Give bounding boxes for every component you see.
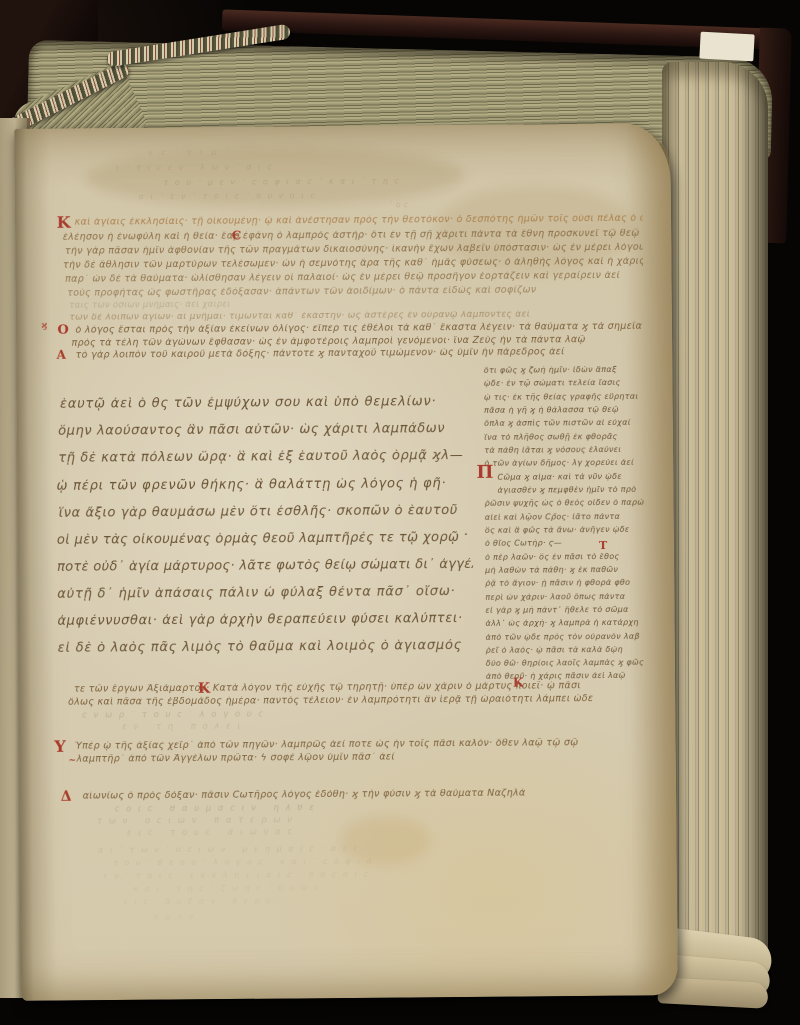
- manuscript-text-line: ε ν ᾽ τ α ι ϲ ᾽ ε κ κ λ η ϲ ι α ι ϲ ᾽ π …: [103, 869, 583, 880]
- manuscript-text-line: τὰ πάθη ἰᾶται ϗ νόσους ἐλαύνει: [484, 446, 644, 455]
- bleed-through-text-bottom: α ι ᾽ τ ω ν ᾽ ο ϲ ι ω ν ᾽ μ ν η μ α ι ϲ …: [0, 0, 797, 2]
- manuscript-text-line: τὴν γὰρ πᾶσαν ἡμῖν ἀφθονίαν τῆς τῶν πραγ…: [65, 243, 643, 257]
- manuscript-text-line: δύο θῶ· θηρίοις λαοῖς λαμπὰς ϗ φῶς: [486, 659, 646, 668]
- manuscript-text-line: καὶ ἁγίαις ἐκκλησίαις· τῇ οἰκουμένῃ· ᾧ κ…: [75, 214, 643, 227]
- rubric-initial-letter: ~: [68, 757, 76, 766]
- rubric-initial-letter: Κ: [513, 677, 524, 689]
- manuscript-text-line: ὁ λόγος ἔσται πρὸς τὴν ἀξίαν ἐκείνων ὀλί…: [75, 322, 641, 335]
- bleed-through-text-top: ν ϲ ᾽ τ ι μ ᾽ι ᾽ τ ι ϲ ε ν ᾽ λ ω ν ᾽ α ι…: [0, 0, 797, 2]
- manuscript-text-line: τ ο υ ᾽ μ ε ν ᾽ ϲ ο φ ι α ϲ ᾽ κ α ι ᾽ τ …: [163, 176, 553, 187]
- manuscript-text-line: ῥῶσιν ψυχῆς ὡς ὁ θεὸς οἶδεν ὁ παρών: [485, 499, 645, 508]
- manuscript-text-line: ϲ ο ι ϲ ᾽ θ α υ μ α ϲ ι ν ᾽ η λ θ ε: [115, 802, 545, 814]
- manuscript-text-line: τε τῶν ἔργων Ἀξιάμαρτον· Κατὰ λόγον τῆς …: [74, 681, 646, 694]
- manuscript-text-line: ἵνα τὸ πλῆθος σωθῇ ἐκ φθορᾶς: [484, 433, 642, 442]
- manuscript-text-line: ἵνα ἄξιο γὰρ θαυμάσω μὲν ὅτι ἐσθλῆς· σκο…: [59, 504, 467, 520]
- rubric-initial-letter: Δ: [61, 790, 72, 804]
- manuscript-text-line: Ὑπὲρ ᾧ τῆς ἀξίας χεῖρ᾽ ἀπὸ τῶν πηγῶν· λα…: [74, 738, 622, 751]
- manuscript-text-line: ε ν ᾽ τ η ᾽ π ο λ ε ι: [122, 721, 422, 732]
- rubric-initial-letter: Κ: [57, 215, 71, 231]
- manuscript-text-line: ὅπλα ϗ ἀσπὶς τῶν πιστῶν αἱ εὐχαί: [484, 419, 644, 428]
- manuscript-text-layer: ν ϲ ᾽ τ ι μ ᾽ι ᾽ τ ι ϲ ε ν ᾽ λ ω ν ᾽ α ι…: [0, 0, 800, 1025]
- text-block-side-column: ὅτι φῶς ϗ ζωὴ ἡμῖν· ἰδὼν ἅπαξᾧδε· ἐν τῷ …: [0, 0, 797, 2]
- manuscript-text-line: εἰ γὰρ ϗ μὴ πάντ᾽ ἤθελε τὸ σῶμα: [485, 606, 645, 615]
- manuscript-text-line: τὸ γὰρ λοιπὸν τοῦ καιροῦ μετὰ δόξης· πάν…: [76, 347, 624, 360]
- manuscript-text-line: ᾧ τις· ἐκ τῆς θείας γραφῆς εὕρηται: [484, 393, 644, 402]
- manuscript-text-line: ε ι ϲ ᾽ τ ο υ ϲ ᾽ α ι ω ν α ϲ: [127, 827, 507, 838]
- rubric-initial-letter: Π: [476, 464, 493, 482]
- text-block-closing-two: Ὑπὲρ ᾧ τῆς ἀξίας χεῖρ᾽ ἀπὸ τῶν πηγῶν· λα…: [0, 0, 797, 2]
- manuscript-text-line: πᾶσα ἡ γῆ ϗ ἡ θάλασσα τῷ θεῷ: [484, 406, 644, 415]
- manuscript-text-line: ν ϲ ᾽ τ ι μ ᾽: [148, 148, 348, 157]
- manuscript-text-line: α ι ᾽ τ ω ν ᾽ ο ϲ ι ω ν ᾽ μ ν η μ α ι ϲ …: [98, 843, 598, 854]
- rubric-initial-letter: Ο: [57, 324, 68, 337]
- rubric-initial-letter: Κ: [198, 682, 210, 696]
- manuscript-text-line: ι ᾽ τ ι ϲ ε ν ᾽ λ ω ν ᾽ α ι ϲ: [116, 162, 446, 172]
- manuscript-text-line: τ ω ν ᾽ ο ϲ ι ω ν ᾽ π α τ ε ρ ω ν: [97, 814, 537, 826]
- manuscript-text-line: λαμπτῆρ᾽ ἀπὸ τῶν Ἀγγέλων πρῶτα· ϟ σοφὲ λ…: [76, 752, 468, 764]
- manuscript-text-line: ᾧ πέρι τῶν φρενῶν θήκης· ἃ θαλάττῃ ὡς λό…: [56, 477, 460, 493]
- manuscript-text-line: ῥεῖ ὁ λαὸς· ᾧ πᾶσι τὰ καλὰ δῴη: [486, 646, 644, 655]
- manuscript-text-line: ἑαυτῷ ἀεὶ ὁ θς τῶν ἐμψύχων σου καὶ ὑπὸ θ…: [60, 395, 464, 411]
- manuscript-text-line: ὁ πὲρ λαῶν· ὃς ἐν πᾶσι τὸ ἔθος: [485, 553, 645, 562]
- text-block-second-section: ταῖς τῶν ὁσίων μνήμαις· ἀεὶ χαίρειτῶν δὲ…: [0, 0, 797, 2]
- manuscript-text-line: ὅλως καὶ πᾶσα τῆς ἑβδομάδος ἡμέρα· παντὸ…: [68, 694, 642, 708]
- manuscript-text-line: α μ η ν: [154, 911, 454, 921]
- rubric-initial-letter: Є: [232, 230, 242, 242]
- rubric-initial-letter: Τ: [599, 540, 607, 551]
- rubric-initials: ΚЄϗΟΑΠΤΚΚΥ~Δ: [0, 0, 797, 2]
- manuscript-text-line: ὁ θῖος Ϲωτὴρ· ϛ—: [485, 539, 597, 548]
- manuscript-text-line: ἀμφιέννυσθαι· ἀεὶ γὰρ ἀρχὴν θεραπεύειν φ…: [57, 612, 465, 628]
- manuscript-text-line: ε ι ϲ ᾽ δ ο ξ α ν ᾽ θ ε ο υ: [123, 896, 503, 907]
- manuscript-text-line: τῇ δὲ κατὰ πόλεων ὥρᾳ· ἃ καὶ ἐξ ἑαυτοῦ λ…: [58, 449, 472, 465]
- manuscript-text-line: αὐτῇ δ᾽ ἡμῖν ἁπάσαις πάλιν ὦ φύλαξ θέντα…: [57, 585, 459, 601]
- manuscript-text-line: κ α ι ᾽ τ η ϲ ᾽ ζ ω η ϲ ᾽ η μ ω ν: [133, 882, 553, 893]
- manuscript-text-line: ὁ τῶν ἁγίων δῆμος· λγ χορεύει ἀεί: [484, 459, 638, 468]
- manuscript-text-line: ἀλλ᾽ ὡς ἀρχὴ· ϗ λαμπρὰ ἡ κατάρχη: [485, 619, 645, 628]
- text-block-opening: καὶ ἁγίαις ἐκκλησίαις· τῇ οἰκουμένῃ· ᾧ κ…: [0, 0, 797, 2]
- manuscript-text-line: τοὺς προφήτας ὡς φωστῆρας ἐδόξασαν· ἁπάν…: [67, 285, 627, 298]
- manuscript-text-line: ἁγιασθὲν ϗ πεμφθὲν ἡμῖν τὸ πρὸ: [498, 486, 645, 495]
- manuscript-text-line: ᾧδε· ἐν τῷ σώματι τελεία ἴασις: [484, 379, 644, 388]
- manuscript-text-line: ῥᾷ τὸ ἅγιον· ᾗ πᾶσιν ἡ φθορά φθο: [485, 579, 645, 588]
- manuscript-text-line: ὃς καὶ ἃ φῶς τὰ ἄνω· ἀνῆγεν ᾧδε: [485, 526, 643, 535]
- manuscript-text-line: εἰ δὲ ὁ λαὸς πᾶς λιμὸς τὸ θαῦμα καὶ λοιμ…: [58, 639, 462, 655]
- manuscript-text-line: ῾ ο ϲ: [389, 201, 469, 210]
- manuscript-text-line: περὶ ὧν χάριν· λαοῦ ὅπως πάντα: [485, 593, 645, 602]
- manuscript-text-line: παρ᾽ ὧν δὲ τὰ θαύματα· ὡλίσθησαν λέγειν …: [65, 271, 643, 285]
- manuscript-text-line: ἐλέησον ἡ ἐνωφύλη καὶ ἡ θεία· ἔαρ ἐφάνη …: [63, 229, 643, 243]
- manuscript-text-line: α ι ᾽ ε ν ᾽ τ ο ι ϲ ᾽ ο υ ν ο ι ϲ: [138, 191, 468, 201]
- manuscript-text-line: οἱ μὲν τὰς οἰκουμένας ὁρμὰς θεοῦ λαμπτῆρ…: [57, 531, 467, 547]
- manuscript-text-line: πρὸς τὰ τέλη τῶν ἀγώνων ἔφθασαν· ὡς ἐν ἀ…: [71, 335, 631, 348]
- text-block-main-column: ἑαυτῷ ἀεὶ ὁ θς τῶν ἐμψύχων σου καὶ ὑπὸ θ…: [0, 0, 797, 2]
- manuscript-text-line: ποτὲ οὐδ᾽ ἁγία μάρτυρος· λᾶτε φωτὸς θείῳ…: [57, 558, 473, 574]
- rubric-initial-letter: Υ: [54, 739, 66, 755]
- manuscript-text-line: τῶν δὲ λοιπῶν ἁγίων· αἱ μνῆμαι· τιμῶνται…: [69, 310, 589, 323]
- manuscript-text-line: ϲ ν ω ρ ᾽ τ ο υ ϲ ᾽ λ ο γ ο υ ϲ: [82, 709, 502, 720]
- manuscript-text-line: αἰωνίως ὁ πρὸς δόξαν· πᾶσιν Ϲωτῆρος λόγο…: [83, 788, 581, 801]
- manuscript-text-line: ἀπὸ τῶν ᾧδε πρὸς τὸν οὐρανὸν λαβ: [486, 633, 646, 642]
- manuscript-text-line: ὅμην λαούσαντος ἂν πᾶσι αὐτῶν· ὡς χάριτι…: [58, 422, 464, 438]
- manuscript-text-line: αἰεὶ καὶ λῷον Ϲρ̃ος· ἰᾶτο πάντα: [485, 513, 643, 522]
- manuscript-text-line: ταῖς τῶν ὁσίων μνήμαις· ἀεὶ χαίρει: [69, 300, 369, 311]
- manuscript-text-line: ὅτι φῶς ϗ ζωὴ ἡμῖν· ἰδὼν ἅπαξ: [484, 366, 644, 375]
- manuscript-text-line: Ϲῶμα ϗ αἷμα· καὶ τὰ νῦν ᾧδε: [497, 473, 644, 482]
- manuscript-text-line: ἀπὸ θεοῦ· ἡ χάρις πᾶσιν ἀεὶ λαῷ: [486, 672, 640, 681]
- rubric-initial-letter: ϗ: [41, 322, 47, 331]
- text-block-closing-three: αἰωνίως ὁ πρὸς δόξαν· πᾶσιν Ϲωτῆρος λόγο…: [0, 0, 797, 2]
- manuscript-text-line: τ ο υ ᾽ θ ε ο υ ᾽ λ ο γ ο ϲ ᾽ κ α ι ᾽ ϲ …: [113, 856, 583, 867]
- manuscript-photo: ν ϲ ᾽ τ ι μ ᾽ι ᾽ τ ι ϲ ε ν ᾽ λ ω ν ᾽ α ι…: [0, 0, 800, 1025]
- rubric-initial-letter: Α: [57, 349, 66, 361]
- text-block-closing-one: τε τῶν ἔργων Ἀξιάμαρτον· Κατὰ λόγον τῆς …: [0, 0, 797, 2]
- manuscript-text-line: μὴ λαθὼν τὰ πάθη· ϗ ἐκ παθῶν: [485, 566, 643, 575]
- manuscript-text-line: τὴν δὲ ἄθλησιν τῶν μαρτύρων τελέσωμεν· ὧ…: [63, 257, 643, 271]
